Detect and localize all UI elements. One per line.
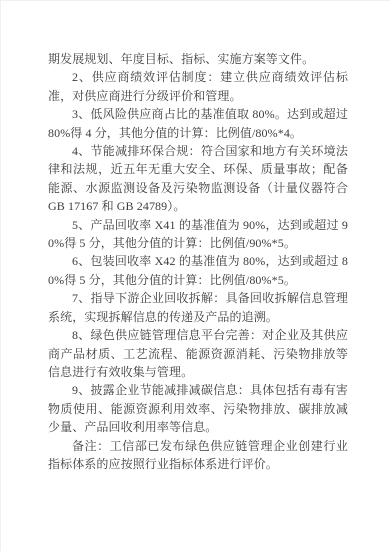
paragraph-item-5: 5、产品回收率 X41 的基准值为 90%，达到或超过 90%得 5 分，其他分… <box>48 216 348 253</box>
paragraph-item-6: 6、包装回收率 X42 的基准值为 80%，达到或超过 80%得 5 分，其他分… <box>48 252 348 289</box>
paragraph-item-3: 3、低风险供应商占比的基准值取 80%。达到或超过 80%得 4 分，其他分值的… <box>48 105 348 142</box>
paragraph-item-9: 9、披露企业节能减排减碳信息：具体包括有毒有害物质使用、能源资源利用效率、污染物… <box>48 381 348 436</box>
document-page: 期发展规划、年度目标、指标、实施方案等文件。 2、供应商绩效评估制度：建立供应商… <box>0 0 390 551</box>
paragraph-item-7: 7、指导下游企业回收拆解：具备回收拆解信息管理系统，实现拆解信息的传递及产品的追… <box>48 289 348 326</box>
paragraph-item-2: 2、供应商绩效评估制度：建立供应商绩效评估标准，对供应商进行分级评价和管理。 <box>48 68 348 105</box>
paragraph-note: 备注：工信部已发布绿色供应链管理企业创建行业指标体系的应按照行业指标体系进行评价… <box>48 437 348 474</box>
paragraph-item-8: 8、绿色供应链管理信息平台完善：对企业及其供应商产品材质、工艺流程、能源资源消耗… <box>48 326 348 381</box>
document-text-block: 期发展规划、年度目标、指标、实施方案等文件。 2、供应商绩效评估制度：建立供应商… <box>48 50 348 473</box>
paragraph-continuation: 期发展规划、年度目标、指标、实施方案等文件。 <box>48 50 348 68</box>
paragraph-item-4: 4、节能减排环保合规：符合国家和地方有关环境法律和法规，近五年无重大安全、环保、… <box>48 142 348 216</box>
